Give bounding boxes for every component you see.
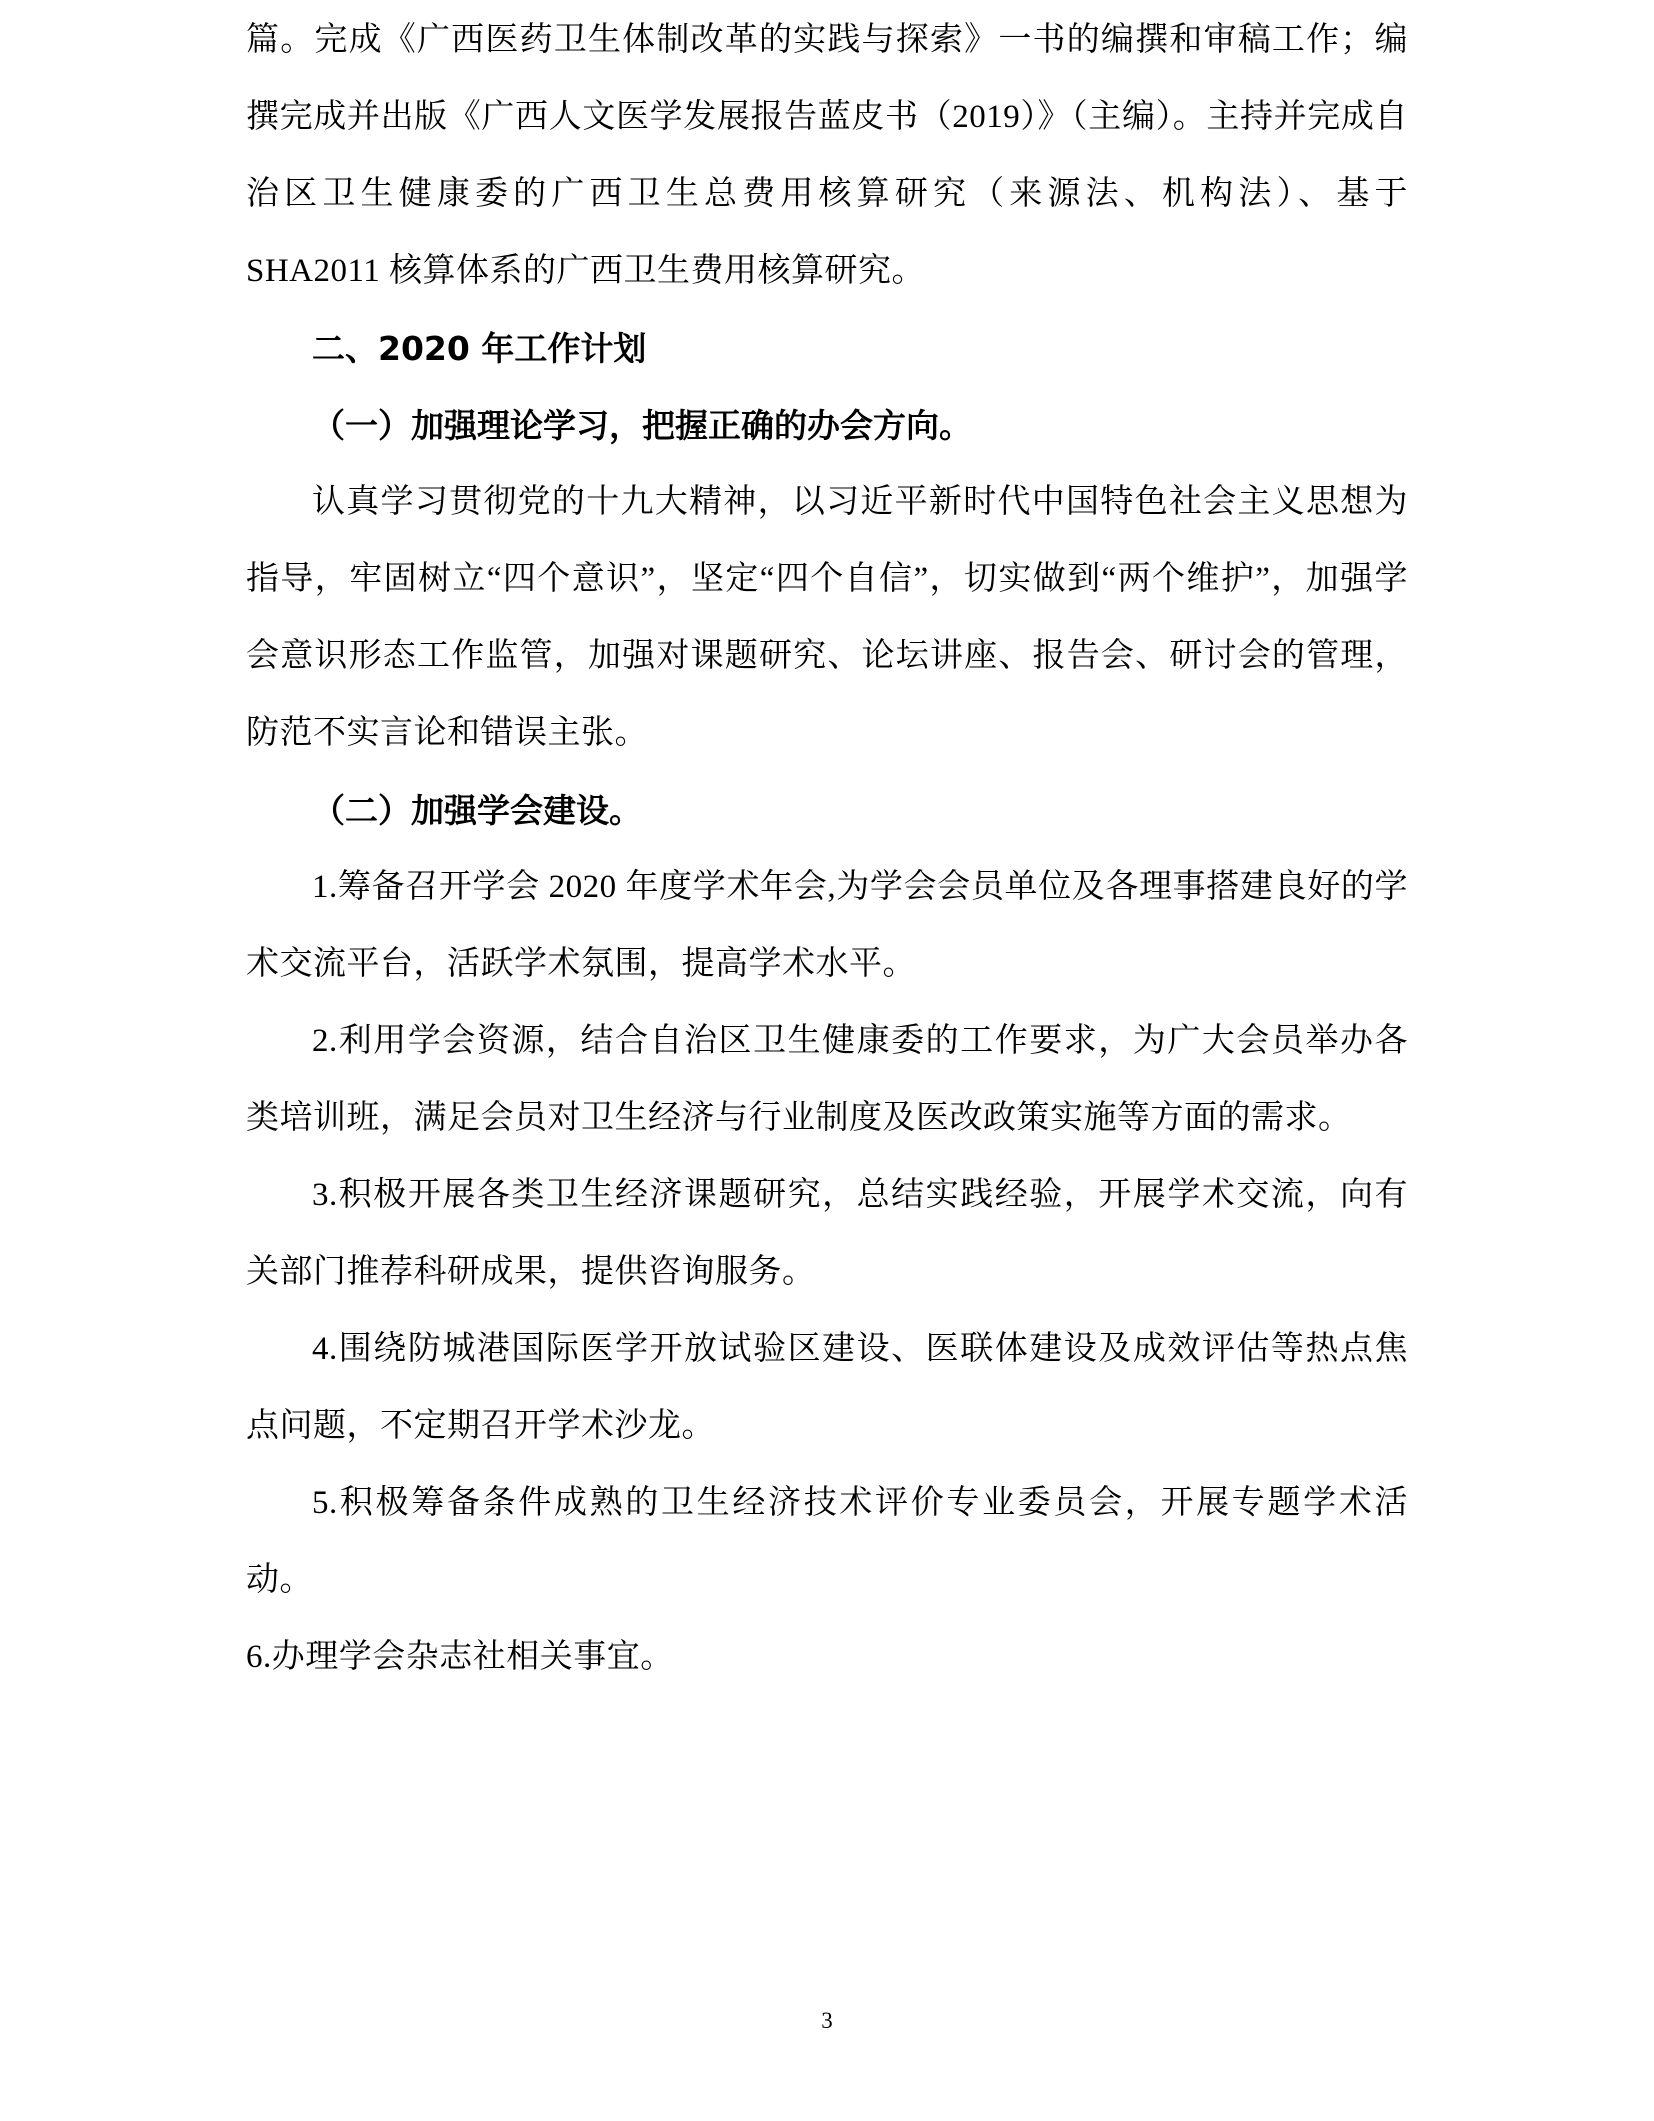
heading-2020-work-plan: 二、2020 年工作计划: [246, 310, 1408, 387]
heading-strengthen-theory-study: （一）加强理论学习，把握正确的办会方向。: [246, 387, 1408, 464]
paragraph-task-5-committee: 5.积极筹备条件成熟的卫生经济技术评价专业委员会，开展专题学术活动。: [246, 1465, 1408, 1619]
page-number: 3: [0, 2008, 1654, 2034]
paragraph-task-2-training: 2.利用学会资源，结合自治区卫生健康委的工作要求，为广大会员举办各类培训班，满足…: [246, 1003, 1408, 1157]
document-page: 篇。完成《广西医药卫生体制改革的实践与探索》一书的编撰和审稿工作；编撰完成并出版…: [0, 0, 1654, 2121]
paragraph-continuation: 篇。完成《广西医药卫生体制改革的实践与探索》一书的编撰和审稿工作；编撰完成并出版…: [246, 2, 1408, 310]
paragraph-task-3-research: 3.积极开展各类卫生经济课题研究，总结实践经验，开展学术交流，向有关部门推荐科研…: [246, 1157, 1408, 1311]
heading-strengthen-society-building: （二）加强学会建设。: [246, 772, 1408, 849]
paragraph-task-6-magazine: 6.办理学会杂志社相关事宜。: [246, 1619, 1408, 1696]
document-body: 篇。完成《广西医药卫生体制改革的实践与探索》一书的编撰和审稿工作；编撰完成并出版…: [246, 2, 1408, 1696]
paragraph-theory-study: 认真学习贯彻党的十九大精神，以习近平新时代中国特色社会主义思想为指导，牢固树立“…: [246, 464, 1408, 772]
paragraph-task-1-annual-meeting: 1.筹备召开学会 2020 年度学术年会,为学会会员单位及各理事搭建良好的学术交…: [246, 849, 1408, 1003]
paragraph-task-4-salon: 4.围绕防城港国际医学开放试验区建设、医联体建设及成效评估等热点焦点问题，不定期…: [246, 1311, 1408, 1465]
